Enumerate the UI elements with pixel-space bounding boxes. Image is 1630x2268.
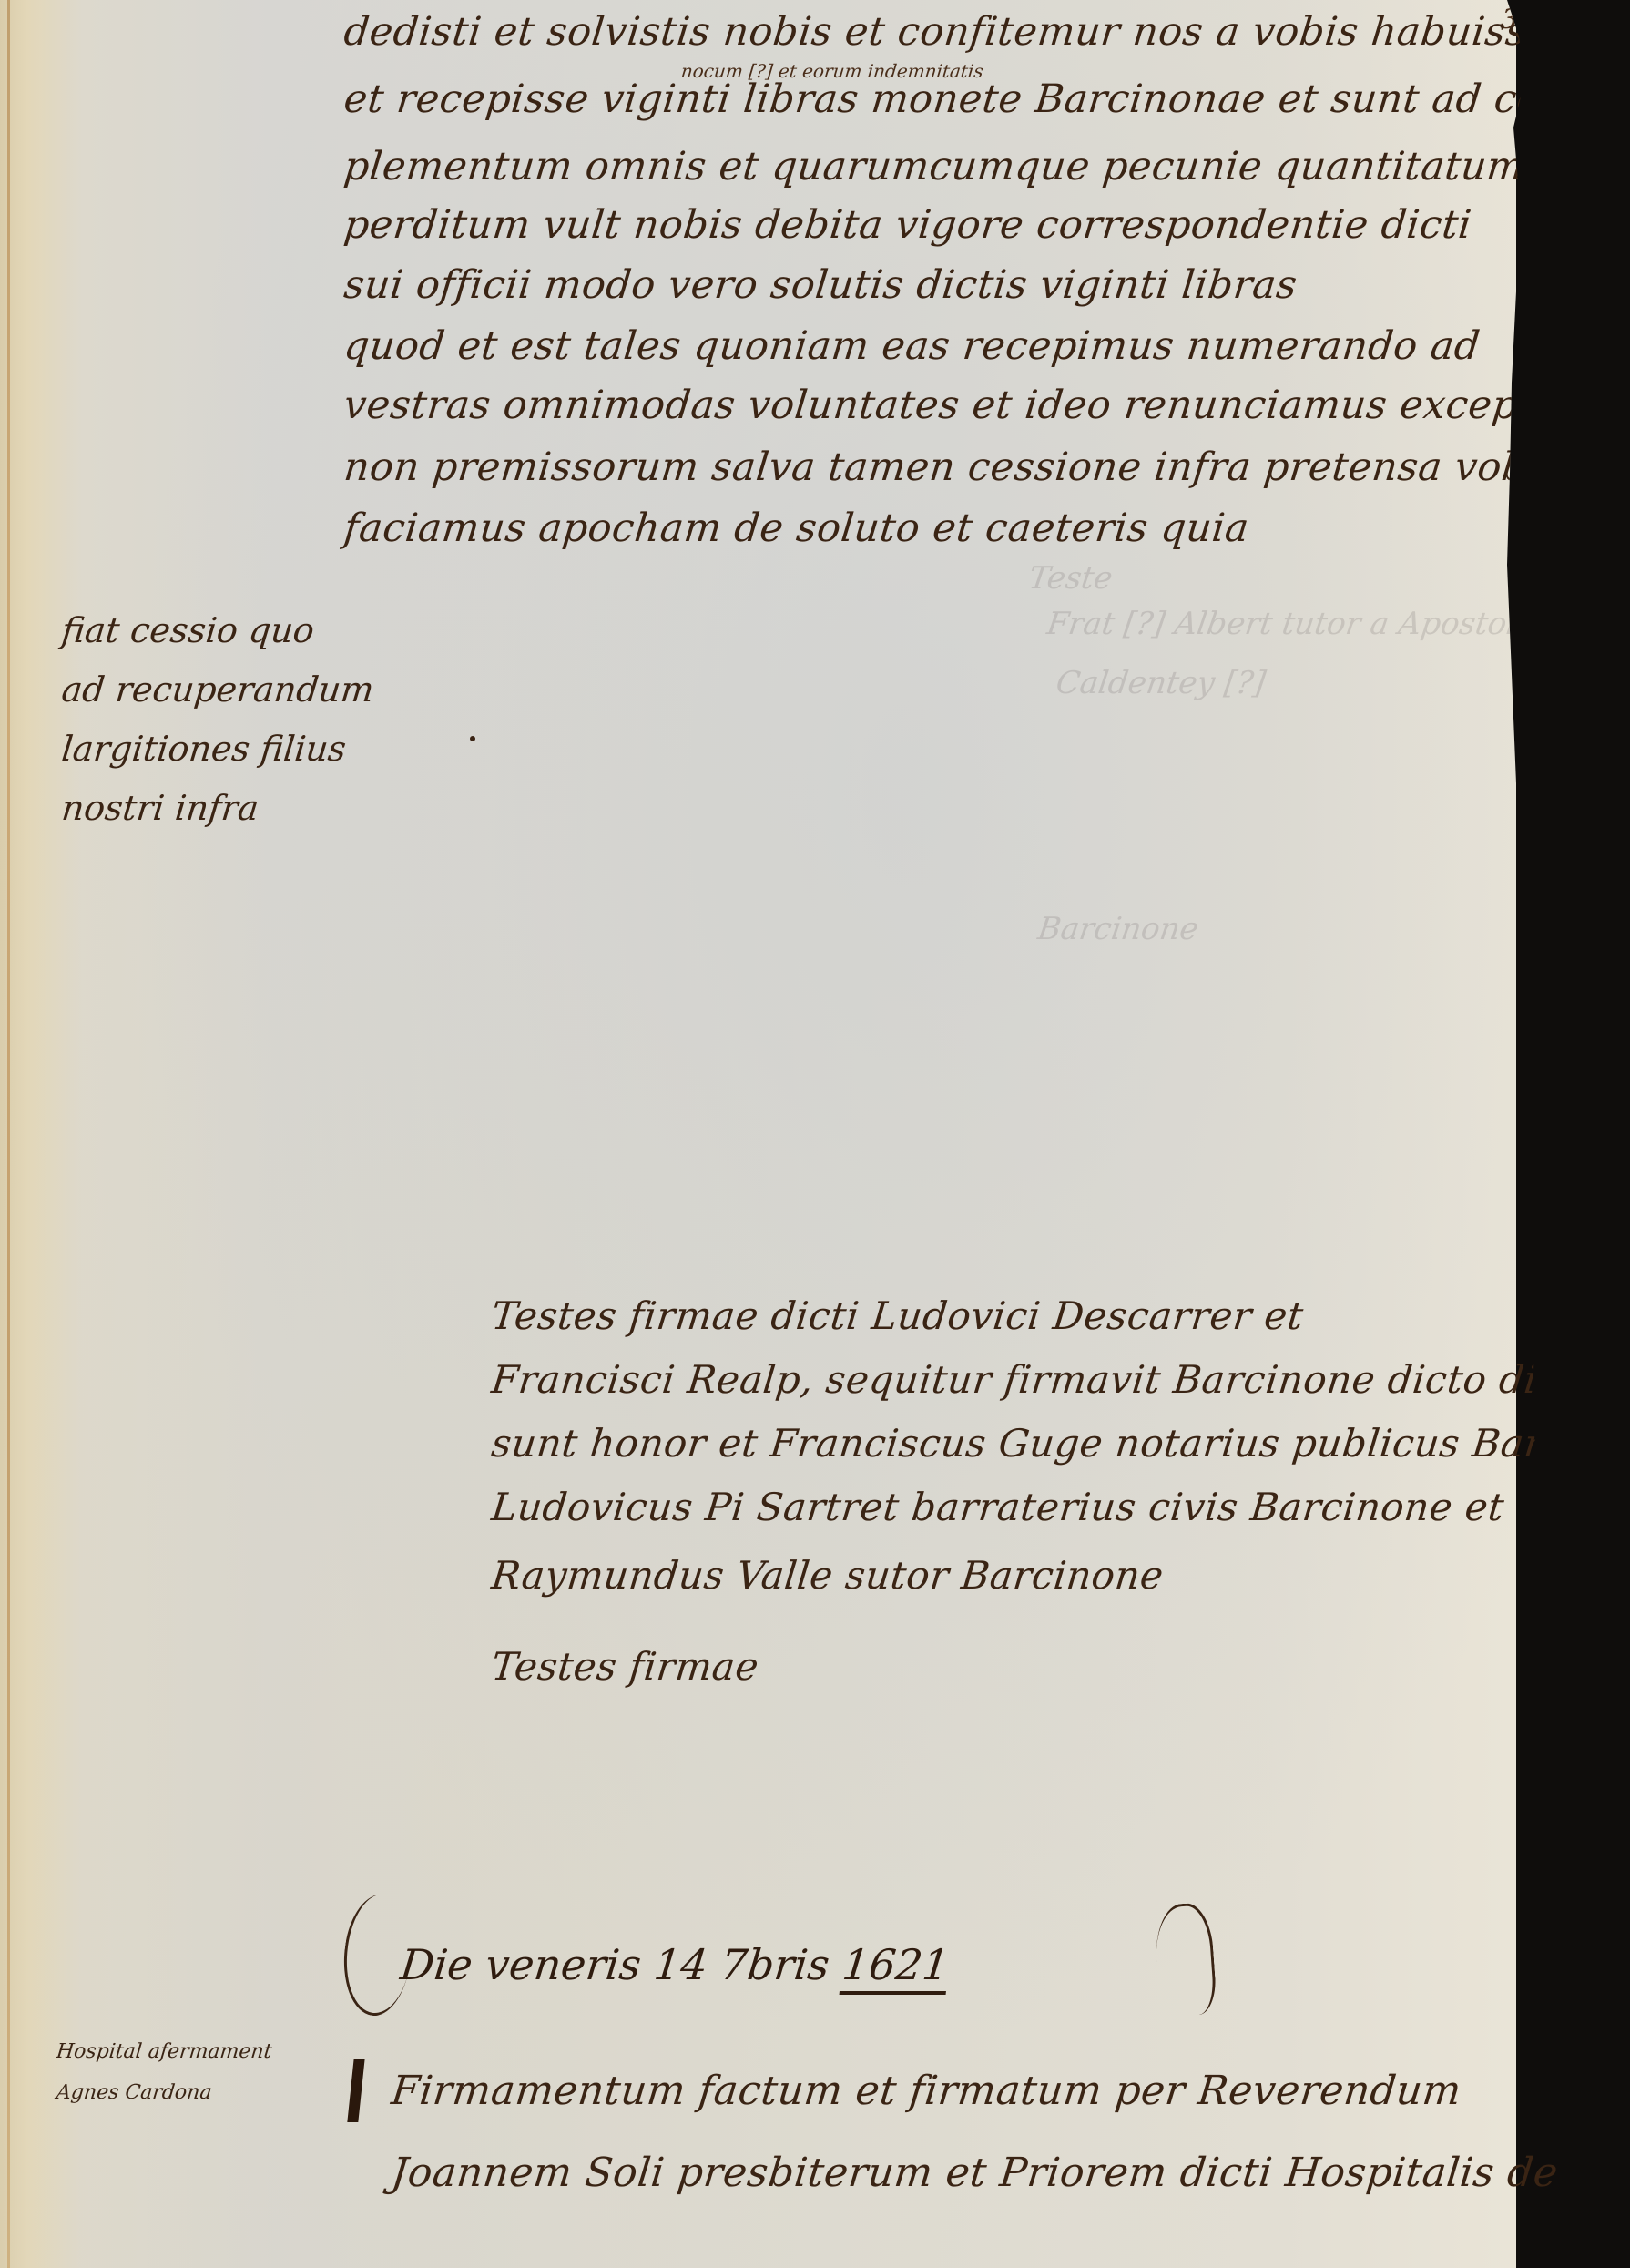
- manuscript-page: Teste Frat [?] Albert tutor a Apostol Ca…: [0, 0, 1516, 2268]
- date-day: 14: [652, 1940, 710, 1989]
- main-text-line: dedisti et solvistis nobis et confitemur…: [341, 9, 1552, 55]
- main-text-line: non premissorum salva tamen cessione inf…: [341, 444, 1563, 490]
- main-text-line: quod et est tales quoniam eas recepimus …: [341, 323, 1482, 369]
- margin-note-line: Agnes Cardona: [56, 2081, 213, 2104]
- witness-line: Raymundus Valle sutor Barcinone: [489, 1553, 1166, 1598]
- main-text-line: et recepisse viginti libras monete Barci…: [341, 77, 1581, 122]
- margin-note-line: nostri infra: [60, 788, 261, 828]
- bleed-through-line: Frat [?] Albert tutor a Apostol: [1044, 606, 1519, 642]
- main-text-line: sui officii modo vero solutis dictis vig…: [341, 262, 1299, 308]
- date-month: 7bris: [718, 1940, 832, 1989]
- bleed-through-line: Teste: [1026, 560, 1115, 597]
- witness-line: Testes firmae dicti Ludovici Descarrer e…: [489, 1293, 1305, 1338]
- date-year: 1621: [840, 1940, 952, 1995]
- main-text-line: faciamus apocham de soluto et caeteris q…: [341, 506, 1251, 551]
- main-text-line: plementum omnis et quarumcumque pecunie …: [341, 144, 1526, 189]
- closing-text-line: Joannem Soli presbiterum et Priorem dict…: [389, 2150, 1560, 2196]
- flourish-decoration: [1153, 1902, 1217, 2018]
- witness-line: sunt honor et Franciscus Guge notarius p…: [489, 1421, 1630, 1466]
- bleed-through-line: Barcinone: [1035, 911, 1200, 947]
- date-prefix: Die veneris: [398, 1940, 643, 1989]
- ink-blot: [470, 736, 475, 741]
- margin-note-line: ad recuperandum: [60, 669, 376, 710]
- bleed-through-line: Caldentey [?]: [1054, 665, 1268, 701]
- margin-note-line: largitiones filius: [60, 729, 349, 769]
- margin-note-line: Hospital afermament: [56, 2040, 273, 2063]
- main-text-line: vestras omnimodas voluntates et ideo ren…: [341, 383, 1612, 428]
- witness-line: Testes firmae: [489, 1644, 760, 1689]
- binding-edge: [7, 0, 10, 2268]
- date-entry: Die veneris 14 7bris 1621: [398, 1940, 952, 1989]
- closing-text-line: Firmamentum factum et firmatum per Rever…: [389, 2068, 1463, 2114]
- witness-line: Ludovicus Pi Sartret barraterius civis B…: [489, 1485, 1506, 1529]
- witness-line: Francisci Realp, sequitur firmavit Barci…: [489, 1357, 1562, 1402]
- initial-letter-stroke: [347, 2059, 364, 2122]
- main-text-line: perditum vult nobis debita vigore corres…: [341, 202, 1473, 248]
- margin-note-line: fiat cessio quo: [60, 610, 317, 650]
